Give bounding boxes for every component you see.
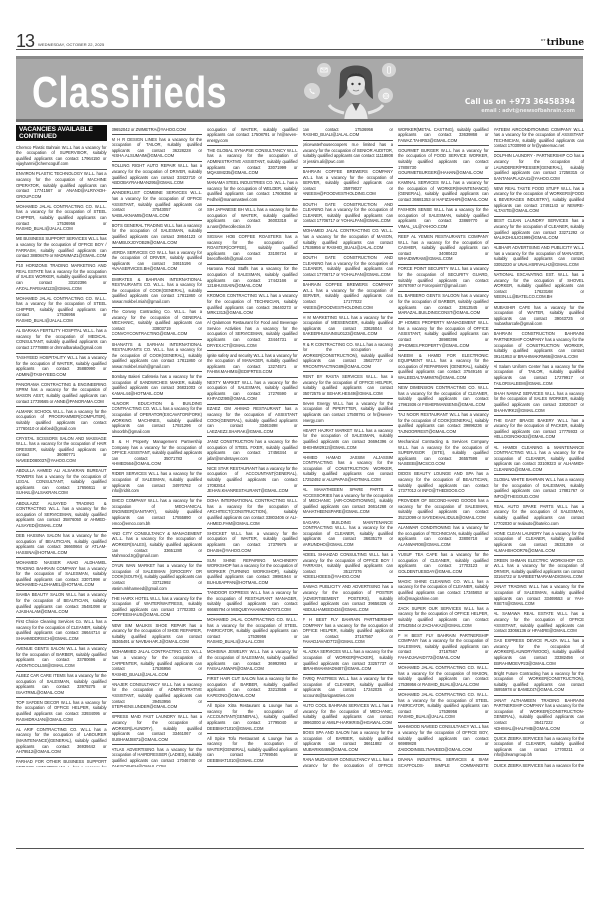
classified-ad: SOUTH GATE CONSTRUCTION AND CLEANING has… [303, 200, 394, 227]
classified-ad: The Convoy Contracting Co. W.L.L. has a … [112, 308, 203, 340]
classified-ad: M H R DESIGN LINES has a vacancy for the… [112, 135, 203, 162]
classified-ad: FARHAD FOR OTHER BUSINESS SUPPORT SERVIC… [16, 758, 107, 767]
classified-ad: DOHA INTERNATIONAL CONTRACTING W.L.L has… [207, 497, 298, 529]
classified-ad: can contact 17536956 or RASHID_BUALI@JAL… [303, 125, 394, 141]
classified-ad: THE GLOBAL SYNAPSE CONSULTANCY W.L.L has… [207, 146, 298, 178]
column-6: YATEEM AIRCONDITIONING COMPANY W.L.L has… [494, 125, 585, 767]
classified-ad: pricewaterhousecoopers m.e limited has a… [303, 141, 394, 168]
classified-ad: ZACK SUPER OUR SERVICES W.L.L has a vaca… [398, 604, 489, 631]
phone-contact: Call us on +973 36458394 [465, 97, 575, 106]
classified-columns: VACANCIES AVAILABLE CONTINUED Chemco Pla… [16, 125, 584, 767]
classified-ad: SAHBA BEAUTY SALON W.L.L has a vacancy f… [16, 591, 107, 618]
classified-ad: TASHYEED HOSPITALITY W.L.L has a vacancy… [16, 354, 107, 381]
classified-ad: B & H Property Management Partnership Co… [112, 437, 203, 469]
classified-ad: SHOCKET W.L.L has a vacancy for the occu… [207, 529, 298, 556]
column-5: WORKER(METAL CASTING), suitably qualifie… [398, 125, 489, 767]
page-header-left: 13 WEDNESDAY, OCTOBER 22, 2025 [16, 33, 104, 49]
classified-ad: ENVIRON PLASTIC TECHNOLOGY W.L.L. has a … [16, 170, 107, 202]
classified-ad: NEW DIMENSION CONTRACTING CO. W.L.L has … [398, 384, 489, 411]
phone-icon [304, 83, 320, 99]
classified-ad: F H BEST FLY BAHRAIN PARTNERSHIP COMPANY… [398, 631, 489, 663]
classified-ad: ROLLING RIGHT AUTO REPAIR W.L.L has a va… [112, 162, 203, 189]
classified-ad: AL ARIF CONTRACTING CO. W.L.L has a vaca… [16, 725, 107, 757]
classified-ad: DEB HASSINA SALON has a vacancy for the … [16, 532, 107, 559]
classified-ad: RIDER SERVICES W.L.L has a vacancy for t… [112, 470, 203, 497]
classified-ad: JANIZ CONSTRUCTION has a vacancy for the… [207, 437, 298, 464]
classified-ad: AND CITY CONSULTANCY & MANAGEMENT W.L.L.… [112, 529, 203, 561]
classified-ad: MOHSINA JEWELRY W.L.L has a vacancy for … [207, 648, 298, 675]
classified-ad: THE EAST BRAGE BAKERY W.L.L has a vacanc… [494, 416, 585, 443]
classified-ad: RANA MUDASSAR CONSULTANCY W.L.L has a va… [303, 755, 394, 767]
classified-ad: SOUTH GATE CONSTRUCTION AND CLEANING has… [303, 254, 394, 281]
classified-ad: ALANWAR CONDITIONING has a vacancy for t… [398, 524, 489, 551]
classified-ad: MOHAMED JALAL CONTRACTING CO. W.L.L. has… [303, 227, 394, 254]
classified-ad: EZAEZ GM AHMAD RESTAURANT has a vacancy … [207, 405, 298, 437]
publication-logo: DTtribune [541, 38, 584, 48]
classified-ad: Bombay Bakeri Cafeteria has a vacancy fo… [112, 372, 203, 399]
classified-ad: GLOBAL WHITE BAHRAIN W.L.L has a vacancy… [494, 475, 585, 502]
publication-logo-text: tribune [547, 38, 584, 48]
classified-ad: MOHAMED JALAL CONTRACTING CO. W.L.L. has… [16, 294, 107, 326]
ad-list: can contact 17536956 or RASHID_BUALI@JAL… [303, 125, 394, 767]
classified-ad: AL BARAKA FERTILITY HOSPITAL W.L.L. has … [16, 327, 107, 354]
classified-ad: NEW SIM MALIKIS SHOE REPAIR has a vacanc… [112, 621, 203, 648]
classified-ad: QUICK ZEBRA SERVICES has a vacancy for t… [494, 734, 585, 761]
classified-ad: Al Salam Uniform Center has a vacancy fo… [494, 362, 585, 389]
classified-ad: 39652042 or ZWMETRA@YAHOO.COM [112, 125, 203, 135]
classified-ad: ABDULAZIZ ALSAYED TRADING & CONTRACTING … [16, 499, 107, 531]
classified-ad: BAHRAIN COFFEE BREWERS COMPANY W.L.L has… [303, 168, 394, 200]
classified-ad: RENT BY RASTA SERVICES W.L.L. has a vaca… [303, 372, 394, 399]
classified-ad: MANAMA STEEL INDUSTRIES CO. W.L.L. has a… [207, 179, 298, 206]
classified-ad: occupation of WAITER, suitably qualified… [207, 125, 298, 146]
classified-ad: WORKER(METAL CASTING), suitably qualifie… [398, 125, 489, 146]
classified-ad: All Spice Xitra Restaurant & Lounge has … [207, 702, 298, 734]
classified-ad: FIRST HAIR CUT SALON has a vacancy for t… [207, 675, 298, 702]
section-heading: VACANCIES AVAILABLE CONTINUED [16, 125, 107, 141]
classified-ad: Al Qalamoon Restaurant for Food and Beve… [207, 319, 298, 351]
classified-ad: ME BUSINESS SUPPORT SERVICES W.L.L has a… [16, 235, 107, 262]
email-contact: email : advt@newsofbahrain.com [481, 108, 575, 114]
classified-ad: H M MARKETING W.L.L has a vacancy for th… [303, 313, 394, 340]
page-header: 13 WEDNESDAY, OCTOBER 22, 2025 DTtribune [16, 32, 584, 50]
classified-ad: ABDULLA AHMED ALI ALSAKRAN BUREAUT TOWER… [16, 467, 107, 499]
classified-ad: YATEEM AIRCONDITIONING COMPANY W.L.L has… [494, 125, 585, 152]
classified-ad: BOTS GENERAL TRADING W.L.L has a vacancy… [112, 221, 203, 248]
classified-ad: TOP SAFDEN DECOR W.L.L has a vacancy for… [16, 698, 107, 725]
section-heading-line2: CONTINUED [19, 133, 104, 140]
classified-ad: BAHRAIN CONSTRUCTION BAHRAINI PARTNERSHI… [494, 330, 585, 362]
classified-ad: JANAT TRADING W.L.L has a vacancy for th… [494, 583, 585, 610]
classified-ad: NICE STAR RESTAURANT has a vacancy for t… [207, 464, 298, 496]
classified-ad: F H BEST FLY BAHRAIN PARTNERSHIP COMPANY… [303, 615, 394, 647]
classified-ad: FORCE POINT SECURITY W.L.L has a vacancy… [398, 265, 489, 292]
classified-ad: NEW REAL TASTE FOOD STUFF W.L.L has a va… [494, 184, 585, 216]
classified-ad: ATLAS ADVERTISING has a vacancy for the … [112, 745, 203, 767]
classified-ad: AVENUE GENTS SALON W.L.L has a vacancy f… [16, 645, 107, 672]
ad-list: 39652042 or ZWMETRA@YAHOO.COMM H R DESIG… [112, 125, 203, 767]
classified-ad: BEST CLEAN LAUNDRY SERVICES has a vacanc… [494, 217, 585, 244]
classified-ad: EMCO COMPANY W.L.L has a vacancy for the… [112, 497, 203, 529]
classified-ad: VERDA SERVICES CO W.L.L has a vacancy fo… [112, 248, 203, 275]
classified-ad: SAWAG PUBLICITY AND ADVERTISING has a va… [303, 583, 394, 615]
classified-ad: REEF AL YEMEN RESTAURANTS COMPANY W.L.L … [398, 233, 489, 265]
classified-ad: SIH JAPANESE BH W.L.L has a vacancy for … [207, 206, 298, 233]
classified-ad: MAHMOOD NAVEED CONSULTANCY W.L.L has a v… [398, 723, 489, 755]
column-2: 39652042 or ZWMETRA@YAHOO.COMM H R DESIG… [112, 125, 203, 767]
banner-title: Classifieds [32, 67, 227, 119]
classified-ad: EL BARBERO GENTS SALOON has a vacancy fo… [398, 292, 489, 319]
classified-ad: TARIQ PASTRIES W.L.L has a vacancy for t… [303, 675, 394, 702]
classified-ad: AL HAMIDI CLEANING & MAINTENANCE CONTRAC… [494, 443, 585, 475]
ad-list: YATEEM AIRCONDITIONING COMPANY W.L.L has… [494, 125, 585, 767]
ad-list: Chemco Plastic Bahrain W.L.L has a vacan… [16, 143, 107, 767]
classified-ad: AL SAMAWA REAL ESTATE W.L.L has a vacanc… [494, 610, 585, 637]
classified-ad: R & R CONTRACTING CO. W.L.L has a vacanc… [303, 340, 394, 372]
classified-ad: SAGARA BUILDING MAINTENANCE CONTRACTING … [303, 518, 394, 550]
classified-ad: ADEEL SHAHZAD CONSULTING W.L.L has a vac… [303, 551, 394, 583]
classified-ad: BAHRAIN COFFEE BREWERS COMPANY W.L.L has… [303, 281, 394, 313]
classified-ad: GAS EXPRESS DEVICE PLAZA W.L.L has a vac… [494, 637, 585, 669]
classified-ad: OYUN WAN MARKET has a vacancy for the oc… [112, 562, 203, 594]
classified-ad: NAEEM & HAMID FOR ELECTRONIC EQUIPMENT W… [398, 351, 489, 383]
classified-ad: Haroona Food Staffs has a vacancy for th… [207, 265, 298, 292]
classified-ad: PANORAMA CONTRACTING & ENGINEERING SPRM … [16, 380, 107, 407]
classified-ad: BOSS SPA AND SALON has a vacancy for the… [303, 729, 394, 756]
classified-ad: Bright Future Contracting has a vacancy … [494, 669, 585, 696]
classified-ad: NATIONAL EXCAVATING EST. W.L.L has a vac… [494, 271, 585, 303]
column-1: VACANCIES AVAILABLE CONTINUED Chemco Pla… [16, 125, 107, 767]
classified-ad: DOLPHIN LAUNDRY - PARTNERSHIP CO has a v… [494, 152, 585, 184]
classified-ad: QUICK ZEBRA SERVICES has a vacancy for t… [494, 761, 585, 767]
footer-rule [16, 848, 584, 849]
classified-ad: Mechanical Contracting & Services Compan… [398, 437, 489, 469]
classified-ad: First Choice Cleaning Services Co. W.L.L… [16, 618, 107, 645]
classified-ad: ALMANK SCHOOL W.L.L. has a vacancy for t… [16, 407, 107, 434]
classified-ad: GREEN SHIMAN ELECTRIC WORKSHOP CO. W.L.L… [494, 556, 585, 583]
classified-ad: DIDOS BEAUTY LOUNGE AND SPA has a vacanc… [398, 470, 489, 497]
classified-ad: TANDOOR EXPRESS W.L.L has a vacancy for … [207, 589, 298, 616]
classified-ad: ALBEZ CAR CARE ITEMS has a vacancy for t… [16, 672, 107, 699]
classified-ad: KAMINAL SERVICES W.L.L has a vacancy for… [398, 179, 489, 206]
classified-ad: DIVANA INDUSTRIAL SERVICES & SIAM SCAFFO… [398, 755, 489, 767]
classified-ad: MAGIC SHINE CLEANING CO. W.L.L has a vac… [398, 577, 489, 604]
classified-ad: THE HAIRX HOTEL W.L.L has a vacancy for … [112, 594, 203, 621]
classified-ad: AHMED HAMAD JASSIM ALJASSIM CONTRACTING … [303, 453, 394, 485]
classified-ad: AL MAHATHEEEN SPARE PARTS & ACCESSORIES … [303, 486, 394, 518]
classified-ad: WANDERLUST COMBINE SERVICES W.L.L. has a… [112, 189, 203, 221]
classified-ad: CRYSTAL SCISSORS SALON AND MASSAGE W.L.L… [16, 434, 107, 466]
classifieds-banner: Classifieds Call us on +973 36458394 ema… [16, 56, 583, 122]
classified-ad: MOHAMED JALAL CONTRACTING CO. W.L.L. has… [398, 690, 489, 722]
classified-ad: TAJ NOOR RESTAURANT W.L.L has a vacancy … [398, 411, 489, 438]
classified-ad: PROVIDER OF SECOND-HAND GOODS has a vaca… [398, 497, 489, 524]
classified-ad: AL AZKA SERVICES W.L.L has a vacancy for… [303, 648, 394, 675]
classified-ad: ignite safety and security W.L.L has a v… [207, 351, 298, 378]
classified-ad: FASHION SENSE W.L.L has a vacancy for th… [398, 206, 489, 233]
classified-ad: MOHAMMED JALAL CONTRACTING CO. W.L.L has… [112, 648, 203, 680]
classified-ad: SIGSAH HOB COFFEE ROASTERS has a vacancy… [207, 233, 298, 265]
classified-ad: F10 HORIZONS TRADING MARKETING AND REAL … [16, 262, 107, 294]
publication-logo-prefix: DT [541, 38, 546, 42]
classified-ad: NEXTY MARKET W.L.L has a vacancy for the… [207, 378, 298, 405]
classified-ad: REAL AUTO SPARE PARTS W.L.L has a vacanc… [494, 502, 585, 529]
classified-ad: KROMOS CONTRACTING W.L.L has a vacancy f… [207, 292, 298, 319]
classified-ad: YUSUF TEA CAFE has a vacancy for the occ… [398, 551, 489, 578]
classified-ad: SHAH NAWAZ SERVICES W.L.L has a vacancy … [494, 389, 585, 416]
classified-ad: SHANATI'S & SARHAN INTERNATIONAL RESTAUR… [112, 340, 203, 372]
classified-ad: MOHAMED JALAL CONTRACTING CO. W.L.L. has… [398, 664, 489, 691]
classified-ad: ALNOOR EDUCATION & BUILDING CONTRACTING … [112, 399, 203, 437]
classified-ad: EMIRATES & BAHRAIN INTERNATIONAL RESTAUR… [112, 275, 203, 307]
column-3: occupation of WAITER, suitably qualified… [207, 125, 298, 767]
ad-list: occupation of WAITER, suitably qualified… [207, 125, 298, 767]
classified-ad: Seven Energy W.L.L has a vacancy for the… [303, 399, 394, 426]
column-4: can contact 17536956 or RASHID_BUALI@JAL… [303, 125, 394, 767]
classified-ad: GOURMET BURGER W.L.L has a vacancy for t… [398, 146, 489, 178]
page-number: 13 [16, 33, 34, 49]
classified-ad: Chemco Plastic Bahrain W.L.L has a vacan… [16, 143, 107, 170]
classified-ad: SUN SHINE REPAIRING MACHINERY WORKSHOP h… [207, 556, 298, 588]
ad-list: WORKER(METAL CASTING), suitably qualifie… [398, 125, 489, 767]
section-heading-line1: VACANCIES AVAILABLE [19, 126, 104, 133]
customer-service-illustration [326, 59, 386, 122]
classified-ad: MOHAMED JALAL CONTRACTING CO. W.L.L. has… [16, 202, 107, 234]
classified-ad: ANAJER CONSULTANCY W.L.L has a vacancy f… [112, 680, 203, 712]
classified-ad: ALBHAIR ADVERTISING AND PUBLICITY W.L.L … [494, 244, 585, 271]
classified-ad: AUTO COOL BAHRAIN SERVICES W.L.L has a v… [303, 702, 394, 729]
classified-ad: XPRESS MAID FAST LAUNDRY W.L.L has a vac… [112, 713, 203, 745]
classified-ad: MOHAMED NASSER ANAD ALDHAMEL TRADING BAH… [16, 558, 107, 590]
classified-ad: All Spice Tofu Restaurant & Lounge has a… [207, 734, 298, 766]
page-date: WEDNESDAY, OCTOBER 22, 2025 [38, 42, 104, 47]
classified-ad: MOHAMED JALAL CONTRACTING CO. W.L.L. has… [207, 615, 298, 647]
classified-ad: MUBASHIR CAFE has a vacancy for the occu… [494, 303, 585, 330]
classified-ad: JANAT ALTHAMEEN TRADING BAHRAINI PARTNER… [494, 696, 585, 734]
classified-ad: HEART HAJRAT MARKET W.L.L has a vacancy … [303, 426, 394, 453]
classified-ad: JP HOMES PROPERTY MANAGEMENT W.L.L has a… [398, 319, 489, 351]
classified-ad: HONE CLEAN LAUNDRY has a vacancy for the… [494, 529, 585, 556]
